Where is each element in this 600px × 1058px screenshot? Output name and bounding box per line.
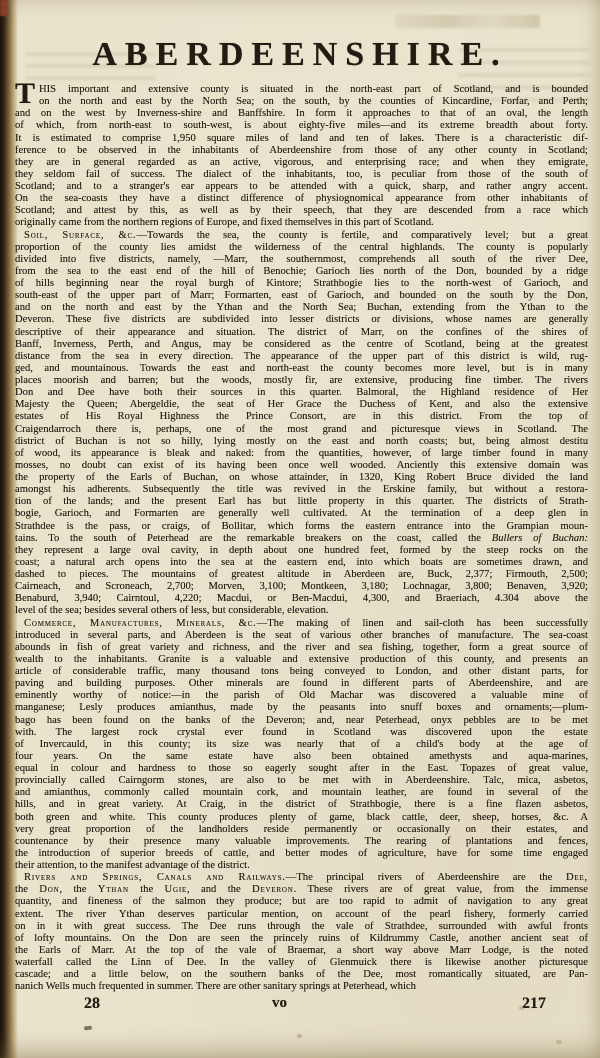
text-line: HIS important and extensive county is si… (15, 84, 588, 96)
text-line: from the sea to the east end of the hill… (15, 266, 588, 278)
ink-speck (84, 1025, 92, 1030)
text-line: Don and Dee have both their sources in t… (15, 387, 588, 399)
text-line: bago has been found on the banks of the … (15, 715, 588, 727)
small-caps-text: Ythan (98, 884, 129, 895)
text-line: places moorish and barren; but the woods… (15, 375, 588, 387)
text-line: distance from the sea in every direction… (15, 351, 588, 363)
paragraph: Soil, Surface, &c.—Towards the sea, the … (15, 230, 588, 618)
text-line: the property of the Earls of Buchan, on … (15, 472, 588, 484)
text-line: ference to be observed in the inhabitant… (15, 145, 588, 157)
ink-speck (297, 1034, 302, 1038)
text-line: of Invercauld, in this county; its size … (15, 739, 588, 751)
text-line: and amianthus, commonly called mountain … (15, 787, 588, 799)
ink-speck (556, 1040, 562, 1044)
text-line: equal in colour and hardness to those so… (15, 763, 588, 775)
text-line: amongst his adherents. Subsequently the … (15, 484, 588, 496)
book-page: ABERDEENSHIRE. HIS important and extensi… (0, 0, 600, 1058)
text-line: and on the north and east by the Ythan a… (15, 302, 588, 314)
page-number-left: 28 (84, 995, 100, 1013)
text-line: countenance by their presence many valua… (15, 836, 588, 848)
text-line: bogie, Garioch, and Formarten are genera… (15, 508, 588, 520)
text-line: descriptive of their appearance and situ… (15, 327, 588, 339)
paragraph: HIS important and extensive county is si… (15, 84, 588, 230)
text-line: the Earls of Marr. At the top of the val… (15, 945, 588, 957)
text-line: with. The largest rock crystal ever foun… (15, 727, 588, 739)
text-line: Cairneach, and Scroneach, 2,700; Morven,… (15, 581, 588, 593)
text-line: wealth to the inhabitants. Granite is a … (15, 654, 588, 666)
text-line: mosses, no doubt can exist of its having… (15, 460, 588, 472)
small-caps-text: Ugie (165, 884, 188, 895)
small-caps-text: Dee, (566, 872, 588, 883)
text-line: paving and building purposes. Other mine… (15, 678, 588, 690)
text-segment: the (129, 884, 165, 895)
text-line: coast; a natural arch opens into the sea… (15, 557, 588, 569)
text-line: four years. On the same estate have also… (15, 751, 588, 763)
text-line: their attention, to the manifest advanta… (15, 860, 588, 872)
small-caps-text: Don (39, 884, 59, 895)
text-line: very great proportion of the landholders… (15, 824, 588, 836)
text-segment: —Towards the sea, the county is fertile,… (136, 230, 588, 241)
text-line: of wood, its appearance is bleak and nak… (15, 448, 588, 460)
page-number-right: 217 (522, 995, 546, 1013)
text-line: Benaburd, 3,940; Cairntoul, 4,220; Macdu… (15, 593, 588, 605)
text-line: Scotland; and to a stranger's ear appear… (15, 181, 588, 193)
text-line: Rivers and Springs, Canals and Railways.… (15, 872, 588, 884)
text-line: of lofty mountains. On the Don are seen … (15, 933, 588, 945)
text-line: on in it with great success. The Dee run… (15, 921, 588, 933)
page-title: ABERDEENSHIRE. (0, 38, 600, 72)
text-line: On the sea-coasts they have a distinct d… (15, 193, 588, 205)
signature-mark: vo (272, 995, 287, 1012)
text-line: Craigendarroch there is, perhaps, one of… (15, 424, 588, 436)
text-line: Scotland; and attest by this, as well as… (15, 205, 588, 217)
text-line: on the north and east by the North Sea; … (15, 96, 588, 108)
text-line: they seldom fail of success. The dialect… (15, 169, 588, 181)
text-line: introduced in several parts, and Aberdee… (15, 630, 588, 642)
text-line: quantity, and fineness of the salmon the… (15, 896, 588, 908)
text-line: extent. The river Ythan deserves particu… (15, 909, 588, 921)
text-line: originally came from the northern region… (15, 217, 588, 229)
text-line: divided into five districts, namely, —Ma… (15, 254, 588, 266)
text-segment: tains. To the south of Peterhead are the… (15, 533, 492, 544)
text-segment: —The making of linen and sail-cloth has … (257, 618, 588, 629)
text-line: south-east of the upper part of Marr; Fo… (15, 290, 588, 302)
text-line: the introduction of superior breeds of c… (15, 848, 588, 860)
text-line: they represent a large oval cavity, in d… (15, 545, 588, 557)
text-line: Commerce, Manufactures, Minerals, &c.—Th… (15, 618, 588, 630)
text-line: manganese; Lesly produces amianthus, mad… (15, 702, 588, 714)
text-line: provincially called Cairngorm stones, ar… (15, 775, 588, 787)
small-caps-text: Rivers and Springs, Canals and Railways. (24, 872, 286, 883)
text-line: eminently worthy of notice:—in the paris… (15, 690, 588, 702)
drop-cap: T (15, 79, 35, 109)
text-line: hills, and in great variety. At Craig, i… (15, 799, 588, 811)
page-footer: 28 vo 217 (0, 995, 600, 1017)
text-line: estates of His Royal Highness the Prince… (15, 411, 588, 423)
text-line: level of the sea; besides several others… (15, 605, 588, 617)
text-line: abounds in fish of great variety and ric… (15, 642, 588, 654)
text-line: cascade; and a little below, on the sout… (15, 969, 588, 981)
small-caps-text: Soil, Surface, &c. (24, 230, 136, 241)
text-line: tains. To the south of Peterhead are the… (15, 533, 588, 545)
text-line: nanich Wells much frequented in summer. … (15, 981, 588, 993)
paragraph: Rivers and Springs, Canals and Railways.… (15, 872, 588, 993)
text-line: and on the west by Inverness-shire and B… (15, 108, 588, 120)
text-segment: the (15, 884, 39, 895)
text-line: the Don, the Ythan the Ugie, and the Dev… (15, 884, 588, 896)
text-line: ged, and mountainous. Towards the east a… (15, 363, 588, 375)
scanned-book-page: { "page": { "title": "ABERDEENSHIRE.", "… (0, 0, 600, 1058)
text-line: of which, from north-east to south-west,… (15, 120, 588, 132)
text-line: article of considerable traffic, many th… (15, 666, 588, 678)
red-ink-mark (0, 0, 7, 16)
text-line: district of Buchan is not so hilly, lyin… (15, 436, 588, 448)
text-segment: . These rivers are of great value, from … (294, 884, 588, 895)
paragraph: Commerce, Manufactures, Minerals, &c.—Th… (15, 618, 588, 873)
italic-text: Bullers of Buchan: (492, 533, 588, 544)
bleed-through-heading (395, 15, 540, 28)
text-line: Strathdee is the pass, or craigs, of Bol… (15, 521, 588, 533)
text-line: both green and white. This county produc… (15, 812, 588, 824)
text-segment: —The principal rivers of Aberdeenshire a… (286, 872, 566, 883)
text-segment: , the (59, 884, 97, 895)
text-line: It is estimated to comprise 1,950 square… (15, 133, 588, 145)
text-line: waterfall called the Linn of Dee. In the… (15, 957, 588, 969)
small-caps-text: Commerce, Manufactures, Minerals, &c. (24, 618, 257, 629)
text-line: Soil, Surface, &c.—Towards the sea, the … (15, 230, 588, 242)
text-line: tion of the lands; and the present Earl … (15, 496, 588, 508)
text-line: of hills beginning near the royal burgh … (15, 278, 588, 290)
text-line: they are in general regarded as an activ… (15, 157, 588, 169)
text-line: Banff, Inverness, Perth, and Angus, may … (15, 339, 588, 351)
text-line: dashed to pieces. The mountains of great… (15, 569, 588, 581)
text-segment: , and the (187, 884, 252, 895)
text-line: proportion of the county lies amidst the… (15, 242, 588, 254)
text-block: HIS important and extensive county is si… (15, 84, 588, 993)
text-line: Deveron. These five districts are subdiv… (15, 314, 588, 326)
small-caps-text: Deveron (252, 884, 294, 895)
text-line: Majesty the Queen; Abergeldie, the seat … (15, 399, 588, 411)
